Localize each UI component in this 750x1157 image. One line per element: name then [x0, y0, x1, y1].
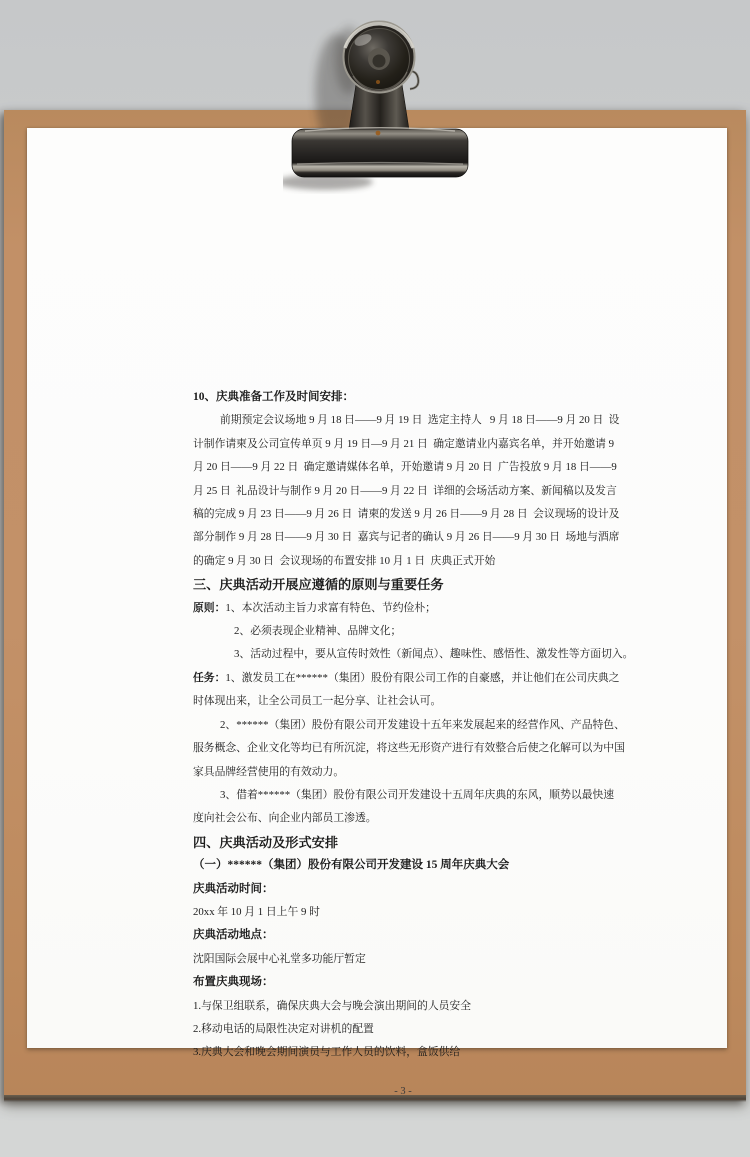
scene-background: { "scene": { "background_color": "#cbcdc…	[0, 0, 750, 1157]
doc-line: 月 25 日 礼品设计与制作 9 月 20 日——9 月 22 日 详细的会场活…	[193, 480, 613, 503]
doc-line: 沈阳国际会展中心礼堂多功能厅暂定	[193, 948, 613, 971]
doc-line: 稿的完成 9 月 23 日——9 月 26 日 请柬的发送 9 月 26 日——…	[193, 503, 613, 526]
doc-line: 任务：1、激发员工在******（集团）股份有限公司工作的自豪感，并让他们在公司…	[193, 667, 613, 690]
paper-sheet: 10、庆典准备工作及时间安排：前期预定会议场地 9 月 18 日——9 月 19…	[27, 128, 727, 1048]
doc-line: 2、******（集团）股份有限公司开发建设十五年来发展起来的经营作风、产品特色…	[193, 714, 613, 737]
doc-line: 部分制作 9 月 28 日——9 月 30 日 嘉宾与记者的确认 9 月 26 …	[193, 526, 613, 549]
doc-line: 月 20 日——9 月 22 日 确定邀请媒体名单，开始邀请 9 月 20 日 …	[193, 456, 613, 479]
doc-line: 的确定 9 月 30 日 会议现场的布置安排 10 月 1 日 庆典正式开始	[193, 550, 613, 573]
clip-jaw	[292, 129, 468, 177]
doc-line: 10、庆典准备工作及时间安排：	[193, 386, 613, 409]
doc-line: 原则：1、本次活动主旨力求富有特色、节约俭朴；	[193, 597, 613, 620]
doc-line: 2.移动电话的局限性决定对讲机的配置	[193, 1018, 613, 1041]
clip-glint-2	[376, 131, 381, 136]
doc-line: 布置庆典现场：	[193, 971, 613, 994]
doc-line: 服务概念、企业文化等均已有所沉淀，将这些无形资产进行有效整合后使之化解可以为中国	[193, 737, 613, 760]
clip-glint	[376, 80, 380, 84]
doc-line: （一）******（集团）股份有限公司开发建设 15 周年庆典大会	[193, 854, 613, 877]
doc-line: 四、庆典活动及形式安排	[193, 831, 613, 854]
binder-clip	[283, 12, 477, 194]
page-number: - 3 -	[193, 1085, 613, 1099]
document-lines: 10、庆典准备工作及时间安排：前期预定会议场地 9 月 18 日——9 月 19…	[193, 386, 613, 1065]
doc-line: 3、活动过程中，要从宣传时效性（新闻点）、趣味性、感悟性、激发性等方面切入。	[193, 643, 613, 666]
doc-line: 庆典活动地点：	[193, 924, 613, 947]
doc-line: 2、必须表现企业精神、品牌文化；	[193, 620, 613, 643]
doc-line: 庆典活动时间：	[193, 878, 613, 901]
doc-line: 计制作请柬及公司宣传单页 9 月 19 日—9 月 21 日 确定邀请业内嘉宾名…	[193, 433, 613, 456]
doc-line: 1.与保卫组联系，确保庆典大会与晚会演出期间的人员安全	[193, 995, 613, 1018]
doc-line: 时体现出来，让全公司员工一起分享、让社会认可。	[193, 690, 613, 713]
document-text-block: 10、庆典准备工作及时间安排：前期预定会议场地 9 月 18 日——9 月 19…	[193, 386, 613, 1099]
doc-line: 三、庆典活动开展应遵循的原则与重要任务	[193, 573, 613, 596]
doc-line: 3、借着******（集团）股份有限公司开发建设十五周年庆典的东风，顺势以最快速	[193, 784, 613, 807]
doc-line: 3.庆典大会和晚会期间演员与工作人员的饮料，盒饭供给	[193, 1041, 613, 1064]
doc-line-label: 任务：	[193, 672, 225, 684]
doc-line: 家具品牌经营使用的有效动力。	[193, 761, 613, 784]
doc-line: 20xx 年 10 月 1 日上午 9 时	[193, 901, 613, 924]
doc-line: 度向社会公布、向企业内部员工渗透。	[193, 807, 613, 830]
doc-line-label: 原则：	[193, 602, 225, 614]
doc-line: 前期预定会议场地 9 月 18 日——9 月 19 日 选定主持人 9 月 18…	[193, 409, 613, 432]
